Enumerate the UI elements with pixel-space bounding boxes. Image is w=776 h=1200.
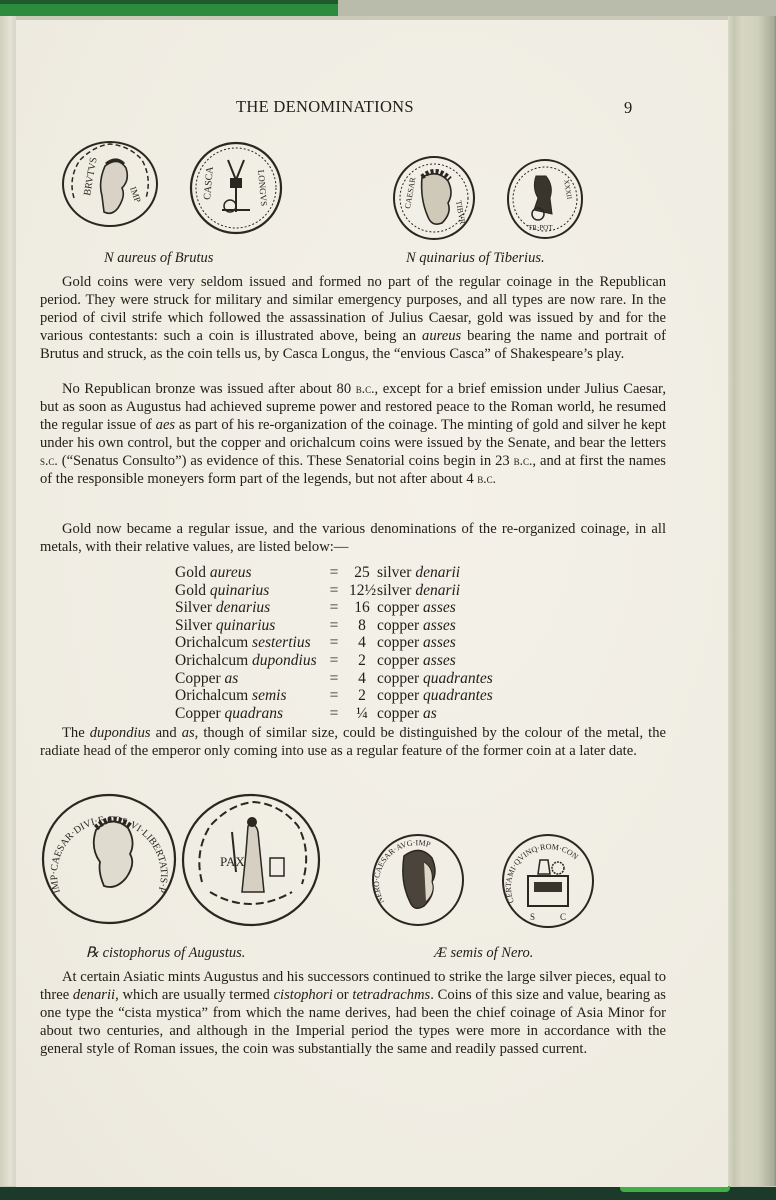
denomination-row: Gold aureus=25silver denarii — [175, 564, 493, 582]
coin-semis-nero-reverse: CERTAMI·QVINQ·ROM·CON SC — [500, 832, 596, 930]
metal-symbol-gold: N — [406, 250, 416, 266]
paragraph-republican-bronze: No Republican bronze was issued after ab… — [40, 380, 666, 489]
denomination-unit: copper quadrantes — [375, 670, 493, 688]
metal-symbol-bronze: Æ — [434, 945, 447, 961]
svg-text:LONGVS: LONGVS — [256, 169, 269, 206]
equals-sign: = — [319, 634, 349, 652]
denomination-quantity: 16 — [349, 599, 375, 617]
paragraph-cistophori: At certain Asiatic mints Augustus and hi… — [40, 968, 666, 1058]
equals-sign: = — [319, 564, 349, 582]
denomination-coin: Orichalcum dupondius — [175, 652, 319, 670]
caption-cistophorus-of-augustus: ℞ cistophorus of Augustus. — [86, 945, 245, 962]
denomination-quantity: 4 — [349, 670, 375, 688]
denomination-coin: Copper quadrans — [175, 705, 319, 723]
equals-sign: = — [319, 705, 349, 723]
denomination-row: Silver quinarius=8copper asses — [175, 617, 493, 635]
denomination-table: Gold aureus=25silver denariiGold quinari… — [175, 564, 493, 722]
denomination-quantity: 2 — [349, 687, 375, 705]
denomination-coin: Silver quinarius — [175, 617, 319, 635]
metal-symbol-gold: N — [104, 250, 114, 266]
denomination-unit: copper asses — [375, 599, 456, 617]
denomination-row: Silver denarius=16copper asses — [175, 599, 493, 617]
svg-text:CASCA: CASCA — [202, 165, 216, 200]
equals-sign: = — [319, 652, 349, 670]
denomination-quantity: 4 — [349, 634, 375, 652]
caption-quinarius-of-tiberius: N quinarius of Tiberius. — [406, 250, 545, 267]
coin-quinarius-tiberius-obverse: CAESAR TIBVR — [392, 155, 476, 241]
equals-sign: = — [319, 617, 349, 635]
paragraph-gold-coins: Gold coins were very seldom issued and f… — [40, 273, 666, 363]
denomination-row: Orichalcum semis=2copper quadrantes — [175, 687, 493, 705]
page-stack-edge — [728, 16, 776, 1186]
metal-symbol-silver: ℞ — [86, 945, 99, 961]
svg-text:S: S — [530, 912, 535, 922]
book-page: THE DENOMINATIONS 9 BRVTVS IMP CASCA LON… — [16, 20, 728, 1187]
svg-text:C: C — [560, 912, 566, 922]
book-gutter — [0, 16, 16, 1186]
denomination-unit: silver denarii — [375, 564, 460, 582]
denomination-coin: Silver denarius — [175, 599, 319, 617]
denomination-quantity: 2 — [349, 652, 375, 670]
book-cover-top — [0, 0, 338, 16]
denomination-row: Copper as=4copper quadrantes — [175, 670, 493, 688]
equals-sign: = — [319, 687, 349, 705]
denomination-unit: copper asses — [375, 634, 456, 652]
svg-text:CAESAR: CAESAR — [403, 176, 417, 209]
caption-semis-of-nero: Æ semis of Nero. — [434, 945, 533, 962]
paragraph-dupondius-and-as: The dupondius and as, though of similar … — [40, 724, 666, 760]
svg-text:IMP: IMP — [128, 185, 143, 203]
denomination-quantity: 8 — [349, 617, 375, 635]
denomination-coin: Orichalcum sestertius — [175, 634, 319, 652]
denomination-coin: Gold quinarius — [175, 582, 319, 600]
denomination-quantity: ¼ — [349, 705, 375, 723]
coin-cistophorus-augustus-obverse: IMP·CAESAR·DIVI·F·COS·VI·LIBERTATIS·P·R·… — [40, 792, 178, 926]
denomination-unit: copper quadrantes — [375, 687, 493, 705]
svg-text:TIBVR: TIBVR — [454, 200, 467, 226]
svg-text:TR·POT: TR·POT — [528, 224, 553, 232]
equals-sign: = — [319, 582, 349, 600]
denomination-row: Copper quadrans=¼copper as — [175, 705, 493, 723]
denomination-unit: copper asses — [375, 652, 456, 670]
coin-aureus-brutus-obverse: BRVTVS IMP — [60, 138, 160, 230]
svg-text:BRVTVS: BRVTVS — [82, 157, 100, 197]
denomination-row: Orichalcum dupondius=2copper asses — [175, 652, 493, 670]
denomination-quantity: 12½ — [349, 582, 375, 600]
denomination-unit: silver denarii — [375, 582, 460, 600]
running-head: THE DENOMINATIONS — [236, 97, 414, 117]
denomination-quantity: 25 — [349, 564, 375, 582]
denomination-coin: Gold aureus — [175, 564, 319, 582]
equals-sign: = — [319, 599, 349, 617]
denomination-coin: Copper as — [175, 670, 319, 688]
paragraph-gold-regular-issue: Gold now became a regular issue, and the… — [40, 520, 666, 556]
denomination-row: Gold quinarius=12½silver denarii — [175, 582, 493, 600]
denomination-row: Orichalcum sestertius=4copper asses — [175, 634, 493, 652]
page-number: 9 — [624, 98, 632, 118]
caption-aureus-of-brutus: N aureus of Brutus — [104, 250, 213, 267]
denomination-unit: copper as — [375, 705, 437, 723]
coin-quinarius-tiberius-reverse: TR·POT XXXII — [506, 158, 584, 240]
denomination-coin: Orichalcum semis — [175, 687, 319, 705]
svg-text:XXXII: XXXII — [562, 179, 573, 201]
coin-cistophorus-augustus-reverse: PAX — [180, 792, 322, 928]
coin-semis-nero-obverse: NERO·CAESAR·AVG·IMP — [370, 832, 466, 928]
svg-text:PAX: PAX — [220, 854, 245, 869]
coin-aureus-brutus-reverse: CASCA LONGVS — [188, 140, 284, 236]
equals-sign: = — [319, 670, 349, 688]
denomination-unit: copper asses — [375, 617, 456, 635]
